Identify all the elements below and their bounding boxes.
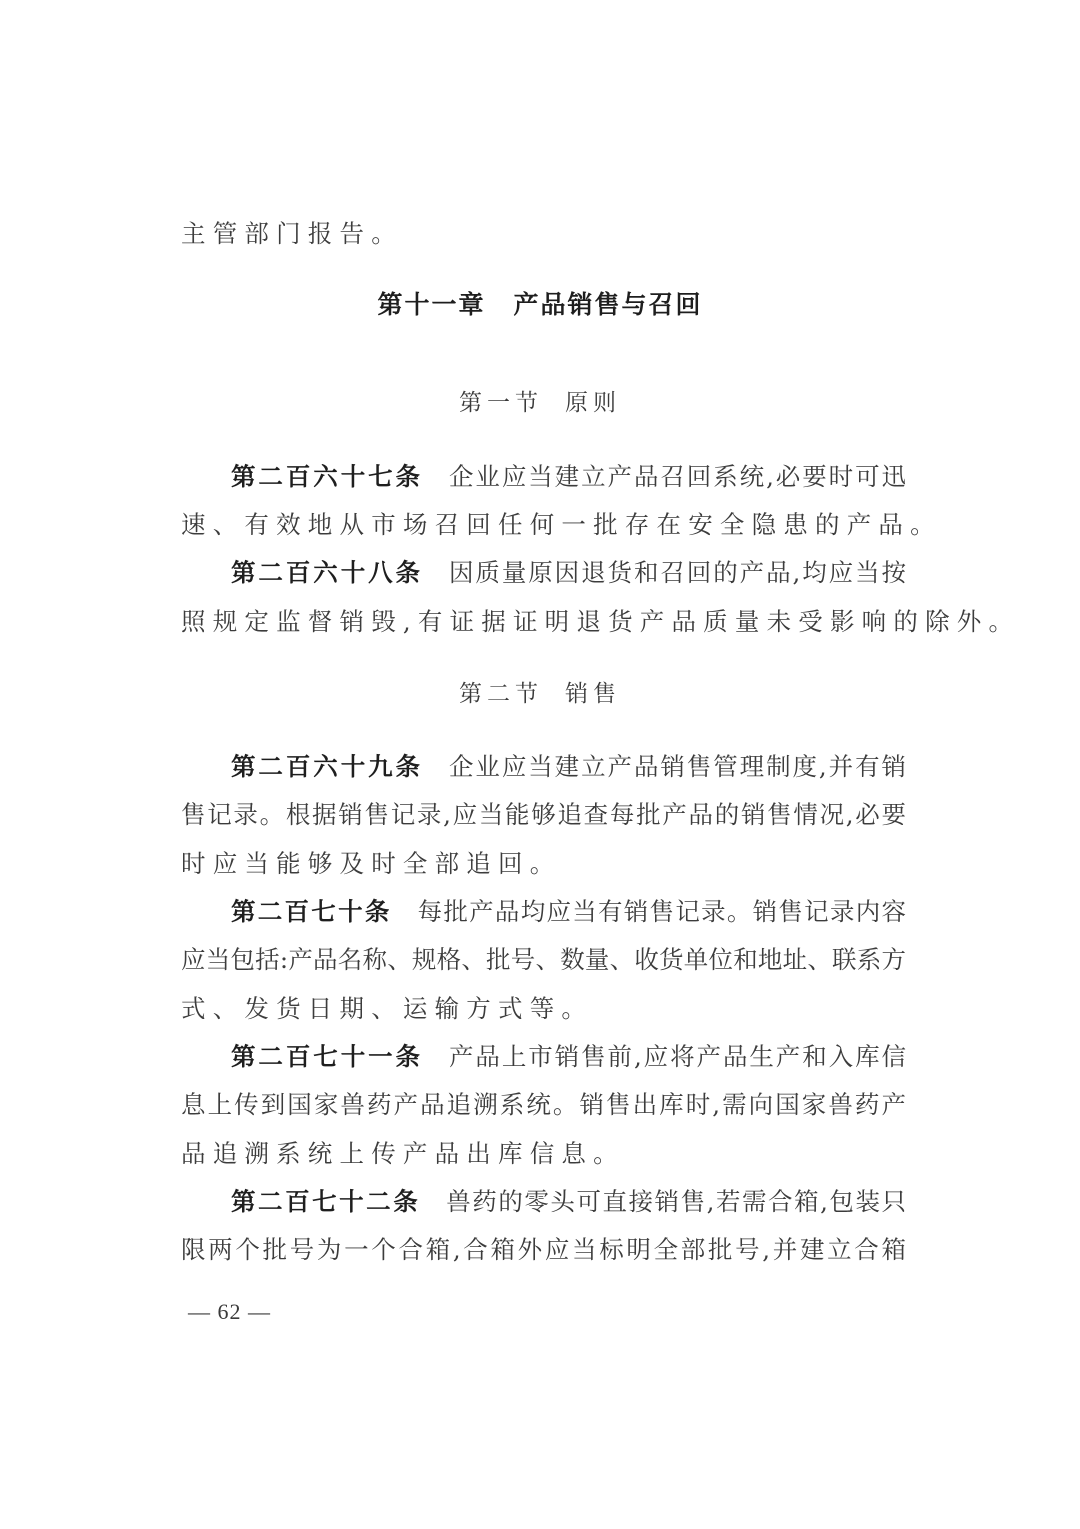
article-269-line-3: 时应当能够及时全部追回。	[181, 849, 906, 879]
page-number: — 62 —	[188, 1298, 271, 1326]
continuation-line: 主管部门报告。	[181, 219, 906, 249]
chapter-number: 第十一章	[377, 290, 485, 319]
article-text: 每批产品均应当有销售记录。销售记录内容	[418, 897, 906, 926]
article-text: 产品上市销售前,应将产品生产和入库信	[449, 1042, 906, 1071]
article-267-line-1: 第二百六十七条企业应当建立产品召回系统,必要时可迅	[231, 462, 906, 492]
article-272-line-2: 限两个批号为一个合箱,合箱外应当标明全部批号,并建立合箱	[181, 1235, 906, 1265]
article-text: 兽药的零头可直接销售,若需合箱,包装只	[446, 1187, 906, 1216]
article-271-line-1: 第二百七十一条产品上市销售前,应将产品生产和入库信	[231, 1042, 906, 1072]
article-270-line-2: 应当包括:产品名称、规格、批号、数量、收货单位和地址、联系方	[181, 945, 906, 975]
chapter-title: 第十一章产品销售与召回	[0, 289, 1080, 321]
section-title-2: 第二节销售	[0, 679, 1080, 709]
article-text: 企业应当建立产品召回系统,必要时可迅	[449, 462, 906, 491]
section-name: 销售	[565, 681, 621, 707]
article-text: 因质量原因退货和召回的产品,均应当按	[449, 558, 906, 587]
article-270-line-1: 第二百七十条每批产品均应当有销售记录。销售记录内容	[231, 897, 906, 927]
chapter-name: 产品销售与召回	[514, 290, 703, 319]
article-272-line-1: 第二百七十二条兽药的零头可直接销售,若需合箱,包装只	[231, 1187, 906, 1217]
section-title-1: 第一节原则	[0, 388, 1080, 418]
section-number: 第一节	[459, 390, 543, 416]
article-271-line-2: 息上传到国家兽药产品追溯系统。销售出库时,需向国家兽药产	[181, 1090, 906, 1120]
article-text: 企业应当建立产品销售管理制度,并有销	[449, 752, 906, 781]
article-271-line-3: 品追溯系统上传产品出库信息。	[181, 1139, 906, 1169]
article-268-line-2: 照规定监督销毁,有证据证明退货产品质量未受影响的除外。	[181, 607, 906, 637]
article-number: 第二百七十一条	[231, 1042, 423, 1071]
article-270-line-3: 式、发货日期、运输方式等。	[181, 994, 906, 1024]
article-267-line-2: 速、有效地从市场召回任何一批存在安全隐患的产品。	[181, 510, 906, 540]
article-269-line-2: 售记录。根据销售记录,应当能够追查每批产品的销售情况,必要	[181, 800, 906, 830]
article-number: 第二百六十八条	[231, 558, 423, 587]
article-number: 第二百六十九条	[231, 752, 423, 781]
article-number: 第二百七十二条	[231, 1187, 420, 1216]
article-269-line-1: 第二百六十九条企业应当建立产品销售管理制度,并有销	[231, 752, 906, 782]
article-number: 第二百七十条	[231, 897, 392, 926]
section-number: 第二节	[459, 681, 543, 707]
article-268-line-1: 第二百六十八条因质量原因退货和召回的产品,均应当按	[231, 558, 906, 588]
section-name: 原则	[565, 390, 621, 416]
document-page: 主管部门报告。 第十一章产品销售与召回 第一节原则 第二百六十七条企业应当建立产…	[0, 0, 1080, 1529]
article-number: 第二百六十七条	[231, 462, 423, 491]
